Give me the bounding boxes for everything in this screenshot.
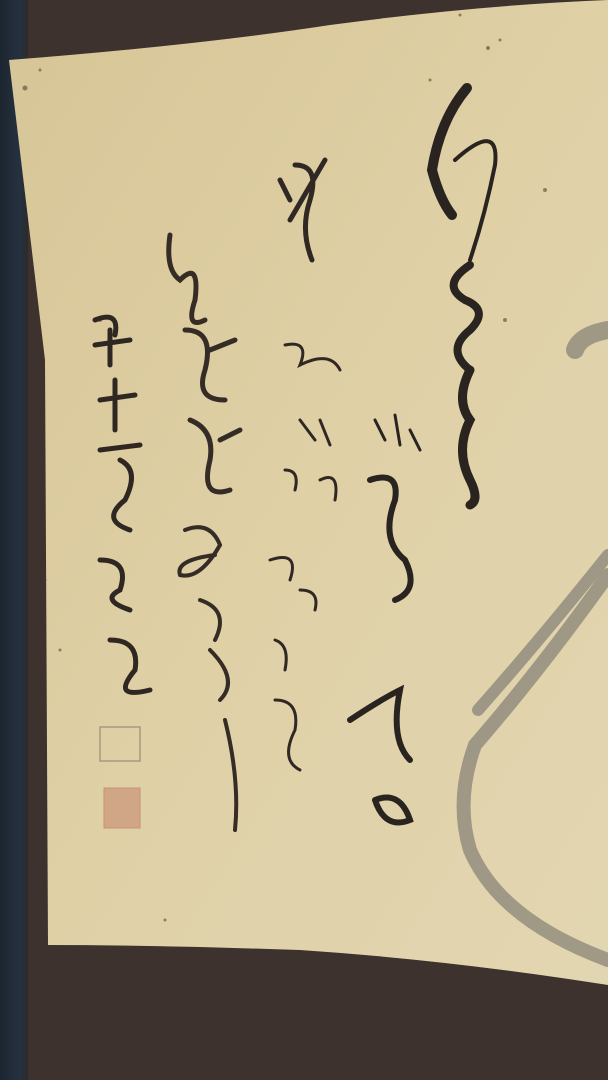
- lower-seal-red: [104, 788, 140, 828]
- scroll-paper-artwork: [0, 0, 608, 1080]
- scroll-paper: [9, 0, 608, 985]
